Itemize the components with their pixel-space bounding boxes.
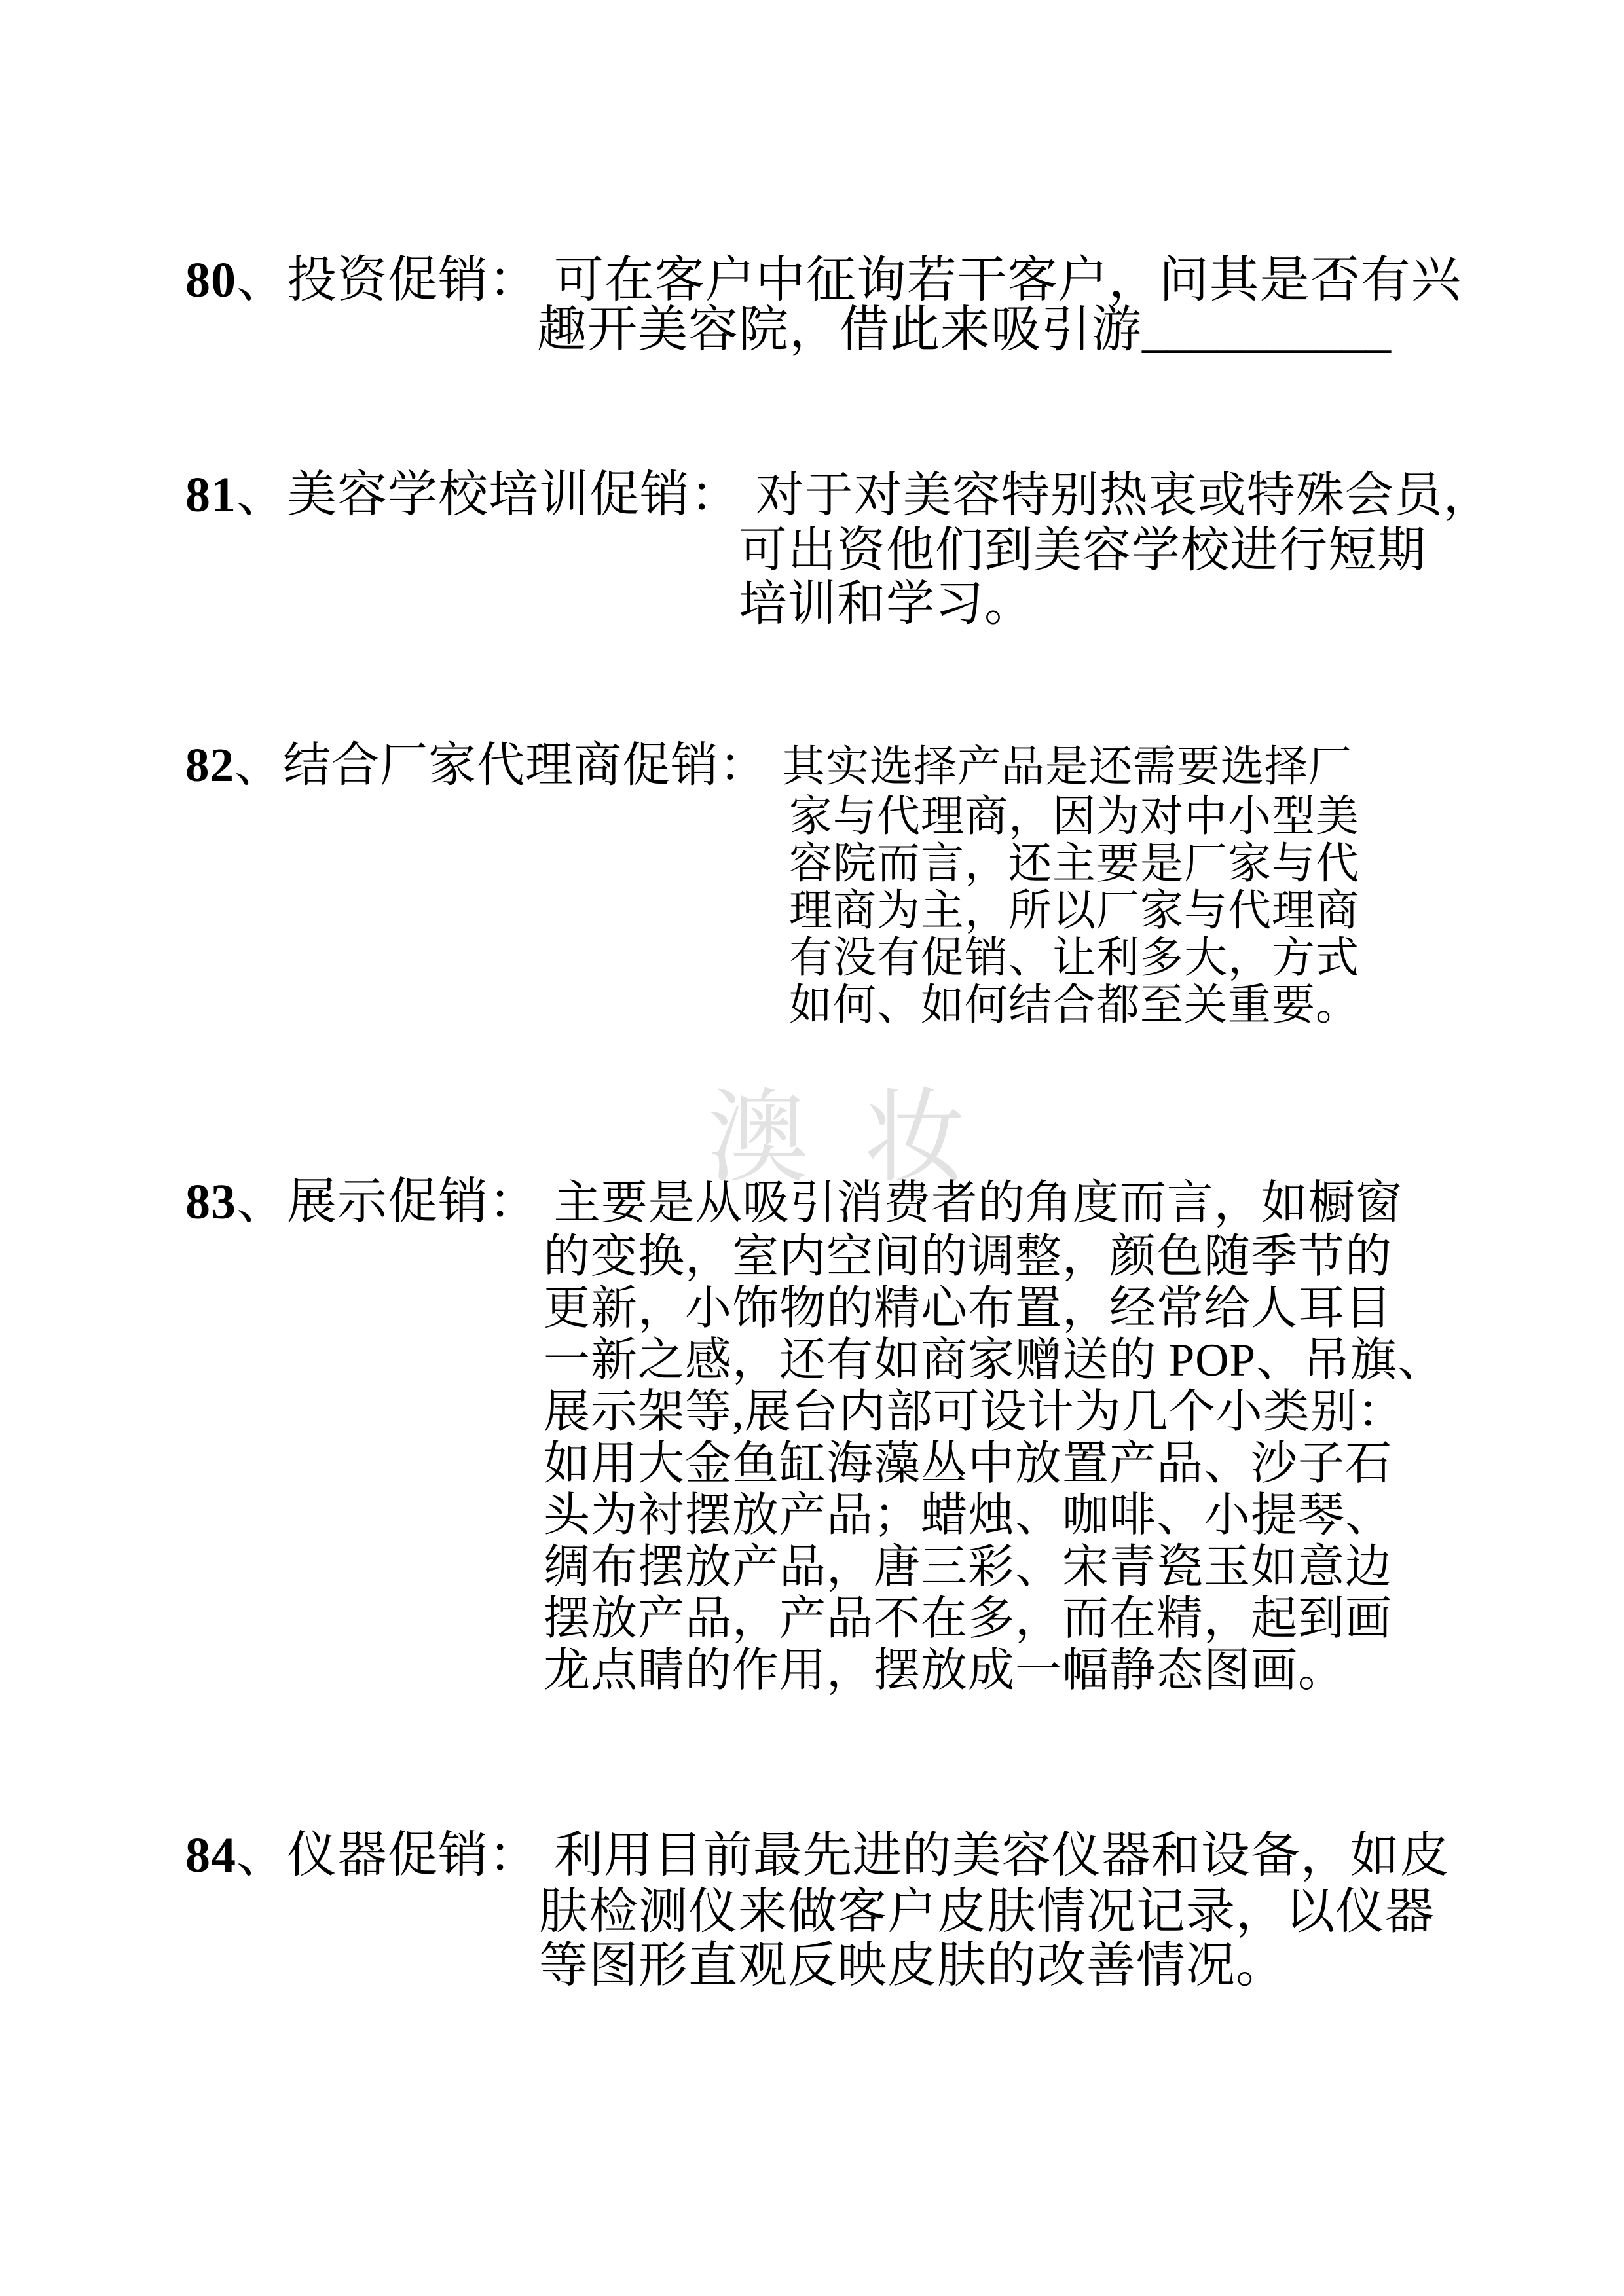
item-text: 培训和学习。 <box>739 577 1033 631</box>
item-83-text-line: 摆放产品，产品不在多，而在精，起到画 <box>544 1592 1392 1645</box>
item-text: 展示架等,展台内部可设计为几个小类别： <box>544 1387 1405 1438</box>
item-text: 可在客户中征询若干客户，问其是否有兴 <box>554 253 1462 308</box>
item-number: 83 <box>185 1175 236 1230</box>
item-title: 展示促销 <box>287 1175 489 1230</box>
item-text: 绸布摆放产品，唐三彩、宋青瓷玉如意边 <box>544 1542 1392 1593</box>
item-81-heading-line: 81、美容学校培训促销：对于对美容特别热衷或特殊会员， <box>185 469 1492 522</box>
colon: ： <box>489 253 539 308</box>
item-82-text-line: 有没有促销、让利多大，方式 <box>789 931 1359 981</box>
item-text: 的变换，室内空间的调整，颜色随季节的 <box>544 1231 1392 1283</box>
item-text: 可出资他们到美容学校进行短期 <box>739 524 1426 577</box>
item-text: 家与代理商，因为对中小型美 <box>789 793 1359 841</box>
item-text: 头为衬摆放产品；蜡烛、咖啡、小提琴、 <box>544 1490 1392 1541</box>
item-83-text-line: 绸布摆放产品，唐三彩、宋青瓷玉如意边 <box>544 1540 1392 1593</box>
item-number: 80 <box>185 253 236 308</box>
item-text: 主要是从吸引消费者的角度而言，如橱窗 <box>554 1178 1403 1229</box>
item-81-text-line: 培训和学习。 <box>739 577 1033 630</box>
item-title: 结合厂家代理商促销 <box>283 738 719 792</box>
item-82-text-line: 理商为主，所以厂家与代理商 <box>789 884 1359 934</box>
item-83-text-line: 更新，小饰物的精心布置，经常给人耳目 <box>544 1281 1392 1334</box>
item-text: 如何、如何结合都至关重要。 <box>789 981 1359 1029</box>
item-number: 82 <box>185 738 234 792</box>
item-text: 龙点睛的作用，摆放成一幅静态图画。 <box>544 1645 1345 1696</box>
item-number: 81 <box>185 467 236 522</box>
watermark: 澳 妆 <box>707 1088 970 1190</box>
item-title: 投资促销 <box>287 253 489 308</box>
item-text: 容院而言，还主要是厂家与代 <box>789 840 1359 888</box>
item-text: 一新之感，还有如商家赠送的 POP、吊旗、 <box>544 1335 1445 1386</box>
enumerator: 、 <box>236 1828 287 1883</box>
item-text: 有没有促销、让利多大，方式 <box>789 934 1359 982</box>
item-83-text-line: 头为衬摆放产品；蜡烛、咖啡、小提琴、 <box>544 1488 1392 1541</box>
item-text: 肤检测仪来做客户皮肤情况记录，以仪器 <box>539 1885 1435 1939</box>
colon: ： <box>489 1175 539 1230</box>
item-text: 理商为主，所以厂家与代理商 <box>789 887 1359 935</box>
enumerator: 、 <box>236 253 287 308</box>
item-81-text-line: 可出资他们到美容学校进行短期 <box>739 524 1426 577</box>
item-82-text-line: 如何、如何结合都至关重要。 <box>789 978 1359 1029</box>
enumerator: 、 <box>236 467 287 522</box>
item-text: 利用目前最先进的美容仪器和设备，如皮 <box>554 1829 1450 1883</box>
item-text: 等图形直观反映皮肤的改善情况。 <box>539 1939 1285 1993</box>
colon: ： <box>719 738 767 792</box>
enumerator: 、 <box>236 1175 287 1230</box>
document-page: 澳 妆 80、投资促销：可在客户中征询若干客户，问其是否有兴 趣开美容院，借此来… <box>0 0 1624 2296</box>
item-title: 美容学校培训促销 <box>287 467 690 522</box>
item-text: 摆放产品，产品不在多，而在精，起到画 <box>544 1594 1392 1645</box>
enumerator: 、 <box>234 738 283 792</box>
item-82-text-line: 家与代理商，因为对中小型美 <box>789 790 1359 840</box>
item-83-text-line: 一新之感，还有如商家赠送的 POP、吊旗、 <box>544 1333 1445 1386</box>
item-84-text-line: 等图形直观反映皮肤的改善情况。 <box>539 1939 1285 1992</box>
item-number: 84 <box>185 1828 236 1883</box>
colon: ： <box>489 1828 539 1883</box>
item-82-heading-line: 82、结合厂家代理商促销：其实选择产品是还需要选择厂 <box>185 740 1352 790</box>
item-80-text-line: 趣开美容院，借此来吸引游__________ <box>537 304 1391 357</box>
item-83-text-line: 的变换，室内空间的调整，颜色随季节的 <box>544 1230 1392 1283</box>
item-84-heading-line: 84、仪器促销：利用目前最先进的美容仪器和设备，如皮 <box>185 1829 1450 1882</box>
item-84-text-line: 肤检测仪来做客户皮肤情况记录，以仪器 <box>539 1886 1435 1939</box>
item-83-heading-line: 83、展示促销：主要是从吸引消费者的角度而言，如橱窗 <box>185 1176 1403 1229</box>
fill-in-blank-line: __________ <box>1142 302 1391 357</box>
item-83-text-line: 展示架等,展台内部可设计为几个小类别： <box>544 1385 1405 1438</box>
colon: ： <box>690 467 741 522</box>
item-text: 其实选择产品是还需要选择厂 <box>782 743 1352 791</box>
item-text: 如用大金鱼缸海藻丛中放置产品、沙子石 <box>544 1438 1392 1489</box>
item-80-heading-line: 80、投资促销：可在客户中征询若干客户，问其是否有兴 <box>185 254 1462 307</box>
item-83-text-line: 龙点睛的作用，摆放成一幅静态图画。 <box>544 1643 1345 1696</box>
item-title: 仪器促销 <box>287 1828 489 1883</box>
item-text: 趣开美容院，借此来吸引游 <box>537 302 1142 357</box>
item-text: 对于对美容特别热衷或特殊会员， <box>756 469 1492 522</box>
item-82-text-line: 容院而言，还主要是厂家与代 <box>789 837 1359 887</box>
item-text: 更新，小饰物的精心布置，经常给人耳目 <box>544 1283 1392 1334</box>
item-83-text-line: 如用大金鱼缸海藻丛中放置产品、沙子石 <box>544 1436 1392 1489</box>
